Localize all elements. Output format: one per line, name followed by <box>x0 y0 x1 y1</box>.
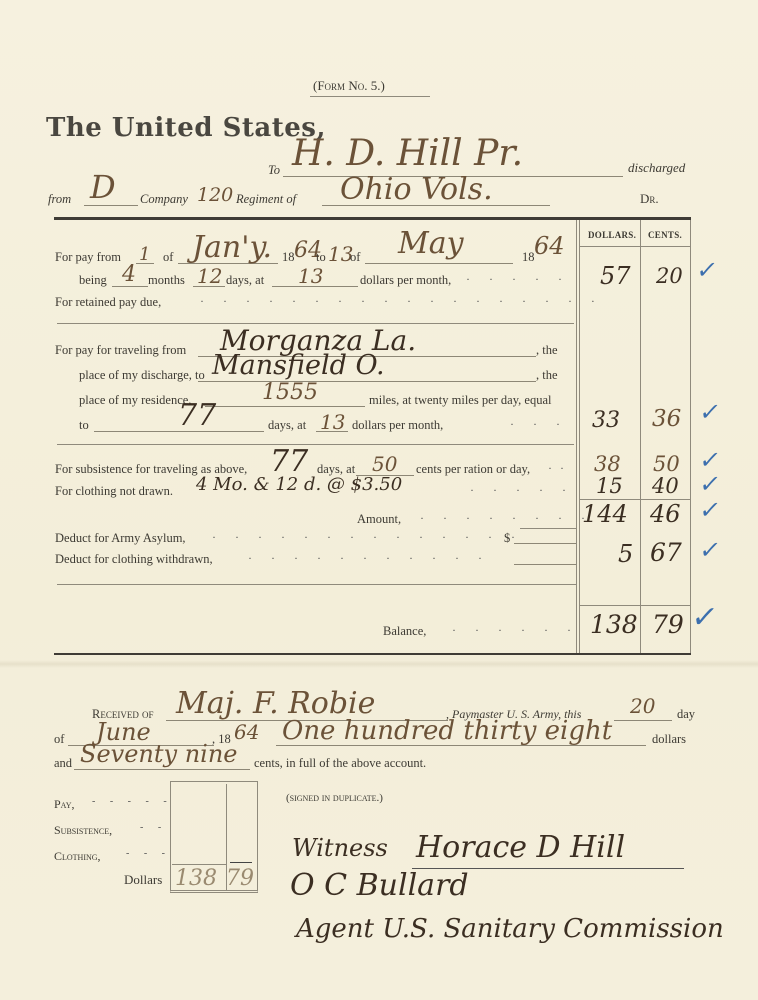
balance-label: Balance, <box>383 624 426 639</box>
year-prefix-1: 18 <box>282 250 295 265</box>
witness-title: Agent U.S. Sanitary Commission <box>296 914 724 944</box>
clothing-withdrawn-cents: 67 <box>650 538 682 567</box>
dollars-label: dollars <box>652 732 686 747</box>
months-label: months <box>148 273 185 288</box>
pay-from-month: Jan'y. <box>192 230 272 265</box>
the-label-2: , the <box>536 368 558 383</box>
leader-dots: · · · · · · · · · · · · · · · · · · <box>200 294 603 309</box>
cents-words-line <box>74 769 250 770</box>
pay-days: 12 <box>197 264 222 288</box>
pay-dollars: 57 <box>600 262 631 290</box>
paper-fold <box>0 660 758 668</box>
leader-dots: · · · · · · <box>452 623 579 638</box>
travel-from-label: For pay for traveling from <box>55 343 186 358</box>
summary-box-rule <box>230 862 252 863</box>
travel-miles: 1555 <box>262 380 318 405</box>
clothing-not-drawn-label: For clothing not drawn. <box>55 484 173 499</box>
from-label: from <box>48 192 71 207</box>
leader-dots: · · · <box>510 417 568 432</box>
of-label-2: of <box>350 250 360 265</box>
signed-in-duplicate-note: (signed in duplicate.) <box>286 792 383 804</box>
pay-rate: 13 <box>298 264 323 288</box>
regiment-state: Ohio Vols. <box>340 172 493 207</box>
leader-dots: · · · · · · · · · · · · · · <box>212 530 523 545</box>
the-label-1: , the <box>536 343 558 358</box>
company-label: Company <box>140 192 188 207</box>
dollar-sign: $ <box>504 531 510 546</box>
summary-pay-label: Pay, <box>54 797 75 812</box>
ration-rate-label: cents per ration or day, <box>416 462 530 477</box>
asylum-amount-line <box>514 543 576 544</box>
miles-line <box>205 406 365 407</box>
clothing-cents: 40 <box>652 474 679 498</box>
dollars-column-header: DOLLARS. <box>588 230 636 240</box>
clothing-withdrawn-label: Deduct for clothing withdrawn, <box>55 552 213 567</box>
pay-to-year: 64 <box>534 232 565 260</box>
witness-signature: O C Bullard <box>290 868 469 903</box>
amount-dollars: 144 <box>582 500 628 528</box>
section-divider <box>57 444 574 445</box>
travel-days-at-label: days, at <box>268 418 306 433</box>
days-at-label: days, at <box>226 273 264 288</box>
balance-rule <box>580 605 690 606</box>
table-divider-text <box>576 220 580 653</box>
form-number-underline <box>310 96 430 97</box>
travel-dollars: 33 <box>592 408 620 433</box>
army-asylum-label: Deduct for Army Asylum, <box>55 531 186 546</box>
leader-dots: · · · · · · · · <box>420 511 593 526</box>
travel-to-place: Mansfield O. <box>212 350 385 381</box>
pay-months: 4 <box>122 262 136 287</box>
travel-days: 77 <box>178 398 216 433</box>
cents-words: Seventy nine <box>80 740 238 768</box>
clothing-withdrawn-dollars: 5 <box>618 540 633 568</box>
clothing-withdrawn-line <box>514 564 576 565</box>
column-header-rule <box>580 246 690 247</box>
summary-clothing-label: Clothing, <box>54 849 101 864</box>
pay-from-day: 1 <box>139 244 150 265</box>
pay-to-month-line <box>365 263 513 264</box>
deduction-rule <box>520 528 576 529</box>
to-label-pay: to <box>316 250 326 265</box>
travel-rate: 13 <box>320 410 345 434</box>
to-label: To <box>268 163 280 178</box>
table-right-edge <box>690 220 691 653</box>
travel-to-line <box>198 381 536 382</box>
ration-cents: 50 <box>372 452 397 476</box>
leader-dots: · · · · · <box>466 272 570 287</box>
regiment-label: Regiment of <box>236 192 296 207</box>
form-number: (Form No. 5.) <box>313 78 385 94</box>
year-prefix-2: 18 <box>522 250 535 265</box>
and-label: and <box>54 756 72 771</box>
clothing-note: 4 Mo. & 12 d. @ $3.50 <box>196 474 402 495</box>
summary-dollars-label: Dollars <box>124 872 162 888</box>
balance-cents: 79 <box>652 610 684 639</box>
subsistence-cents: 50 <box>653 452 680 476</box>
travel-to-days-label: to <box>79 418 89 433</box>
receipt-of-label: of <box>54 732 64 747</box>
travel-cents: 36 <box>652 406 681 432</box>
witness-label: Witness <box>292 834 388 862</box>
leader-dots: - - - - - <box>92 796 173 807</box>
pay-cents: 20 <box>656 264 683 288</box>
miles-label: miles, at twenty miles per day, equal <box>369 393 551 408</box>
pay-from-label: For pay from <box>55 250 121 265</box>
table-top-rule <box>54 217 691 220</box>
residence-label: place of my residence, <box>79 393 191 408</box>
payee-name: H. D. Hill Pr. <box>292 133 523 174</box>
amount-words: One hundred thirty eight <box>282 716 612 746</box>
summary-cents-value: 79 <box>226 866 254 891</box>
of-label-1: of <box>163 250 173 265</box>
cents-label: cents, in full of the above account. <box>254 756 426 771</box>
rate-label: dollars per month, <box>360 273 451 288</box>
table-bottom-rule <box>54 653 691 655</box>
receipt-day-line <box>614 720 672 721</box>
section-divider <box>57 584 576 585</box>
leader-dots: - - <box>140 822 167 833</box>
cents-column-header: CENTS. <box>648 230 682 240</box>
leader-dots: · · · · · · · · · · · <box>248 551 490 566</box>
leader-dots: · · · · · <box>470 483 574 498</box>
discharged-label: discharged <box>628 160 685 176</box>
document-title: The United States, <box>46 113 326 143</box>
clothing-dollars: 15 <box>596 474 623 498</box>
receipt-day: 20 <box>630 694 655 718</box>
discharge-place-label: place of my discharge, to <box>79 368 205 383</box>
retained-pay-label: For retained pay due, <box>55 295 161 310</box>
table-divider-cents <box>640 220 641 653</box>
summary-box-rule <box>172 864 226 865</box>
subsistence-dollars: 38 <box>594 452 621 476</box>
regiment-number: 120 <box>197 184 233 206</box>
travel-rate-label: dollars per month, <box>352 418 443 433</box>
dr-label: Dr. <box>640 191 659 207</box>
amount-label: Amount, <box>357 512 401 527</box>
summary-subsistence-label: Subsistence, <box>54 823 112 838</box>
summary-dollars-value: 138 <box>175 866 217 891</box>
being-label: being <box>79 273 107 288</box>
leader-dots: ·· <box>548 461 572 476</box>
pay-to-month: May <box>398 226 464 261</box>
company-letter: D <box>90 168 116 206</box>
amount-cents: 46 <box>650 500 681 528</box>
day-label: day <box>677 707 695 722</box>
balance-dollars: 138 <box>590 610 638 639</box>
receipt-year: 64 <box>234 720 259 744</box>
leader-dots: - - - <box>126 848 171 859</box>
signer-signature: Horace D Hill <box>416 830 625 865</box>
